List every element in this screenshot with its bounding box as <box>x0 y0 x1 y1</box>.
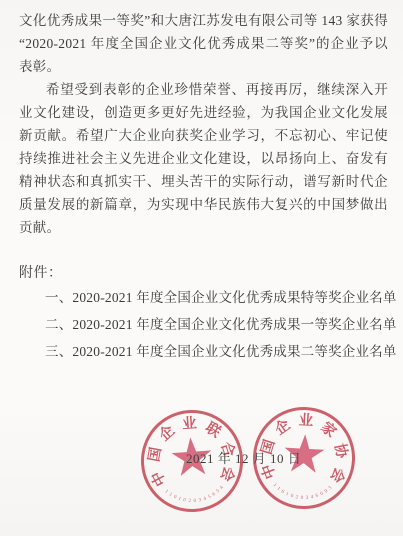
attachments-list: 一、2020-2021 年度全国企业文化优秀成果特等奖企业名单 二、2020-2… <box>45 284 385 365</box>
body-line: 精神状态和真抓实干、埋头苦干的实际行动，谱写新时代企业高 <box>19 170 388 193</box>
seal-character: 会 <box>326 464 348 486</box>
attachment-item: 三、2020-2021 年度全国企业文化优秀成果二等奖企业名单 <box>45 338 385 365</box>
seal-character: 协 <box>331 442 350 461</box>
body-line: 持续推进社会主义先进企业文化建设，以昂扬向上、奋发有为的 <box>19 147 388 170</box>
seal-character: 业 <box>181 416 198 433</box>
seal-character: 国 <box>146 445 165 464</box>
issue-date: 2021 年 12 月 10 日 <box>186 448 301 467</box>
attachment-item: 二、2020-2021 年度全国企业文化优秀成果一等奖企业名单 <box>45 311 385 338</box>
body-line: 文化优秀成果一等奖”和大唐江苏发电有限公司等 143 家获得 <box>19 9 388 32</box>
attachments-label: 附件： <box>19 262 63 285</box>
seal-character: 中 <box>149 468 171 490</box>
body-line: 贡献。 <box>19 216 388 239</box>
document-page: 文化优秀成果一等奖”和大唐江苏发电有限公司等 143 家获得 “2020-202… <box>0 0 403 536</box>
body-line: 新贡献。希望广大企业向获奖企业学习，不忘初心、牢记使命， <box>19 124 388 147</box>
attachment-item: 一、2020-2021 年度全国企业文化优秀成果特等奖企业名单 <box>45 284 385 311</box>
letter-body: 文化优秀成果一等奖”和大唐江苏发电有限公司等 143 家获得 “2020-202… <box>19 9 388 239</box>
seal-character: 业 <box>298 413 315 430</box>
body-line: 希望受到表彰的企业珍惜荣誉、再接再厉，继续深入开展企 <box>19 78 388 101</box>
body-line: “2020-2021 年度全国企业文化优秀成果二等奖”的企业予以 <box>19 32 388 55</box>
body-line: 表彰。 <box>19 55 388 78</box>
body-line: 业文化建设，创造更多更好先进经验，为我国企业文化发展做出 <box>19 101 388 124</box>
body-line: 质量发展的新篇章，为实现中华民族伟大复兴的中国梦做出更大 <box>19 193 388 216</box>
